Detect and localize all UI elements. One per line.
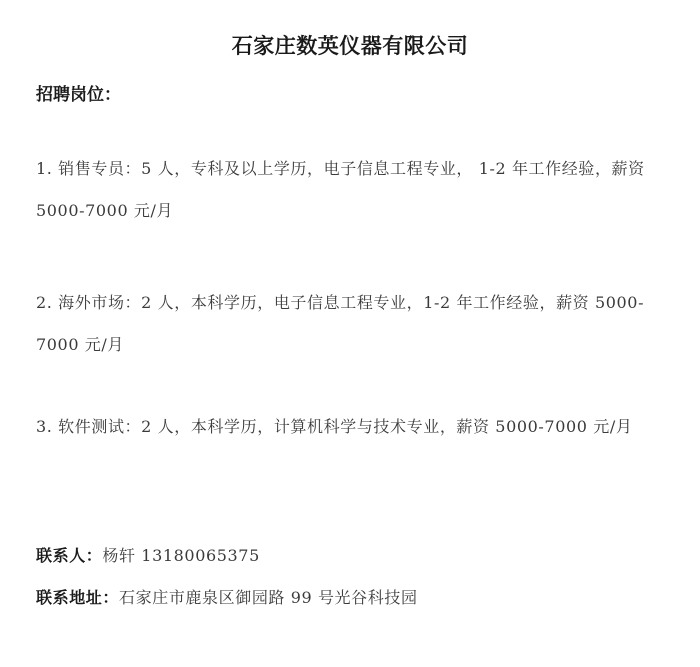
- contact-person-line: 联系人：杨轩 13180065375: [36, 543, 260, 566]
- position-item-sales: 1. 销售专员：5 人，专科及以上学历，电子信息工程专业， 1-2 年工作经验，…: [36, 148, 664, 232]
- position-item-overseas-market: 2. 海外市场：2 人，本科学历，电子信息工程专业，1-2 年工作经验，薪资 5…: [36, 282, 664, 366]
- company-title: 石家庄数英仪器有限公司: [0, 30, 700, 60]
- contact-address-value: 石家庄市鹿泉区御园路 99 号光谷科技园: [119, 588, 418, 607]
- contact-person-label: 联系人：: [36, 546, 102, 565]
- contact-person-value: 杨轩 13180065375: [102, 546, 259, 565]
- recruitment-positions-heading: 招聘岗位：: [36, 80, 121, 105]
- position-item-software-testing: 3. 软件测试：2 人，本科学历，计算机科学与技术专业，薪资 5000-7000…: [36, 406, 664, 448]
- contact-address-line: 联系地址：石家庄市鹿泉区御园路 99 号光谷科技园: [36, 585, 418, 608]
- contact-address-label: 联系地址：: [36, 588, 119, 607]
